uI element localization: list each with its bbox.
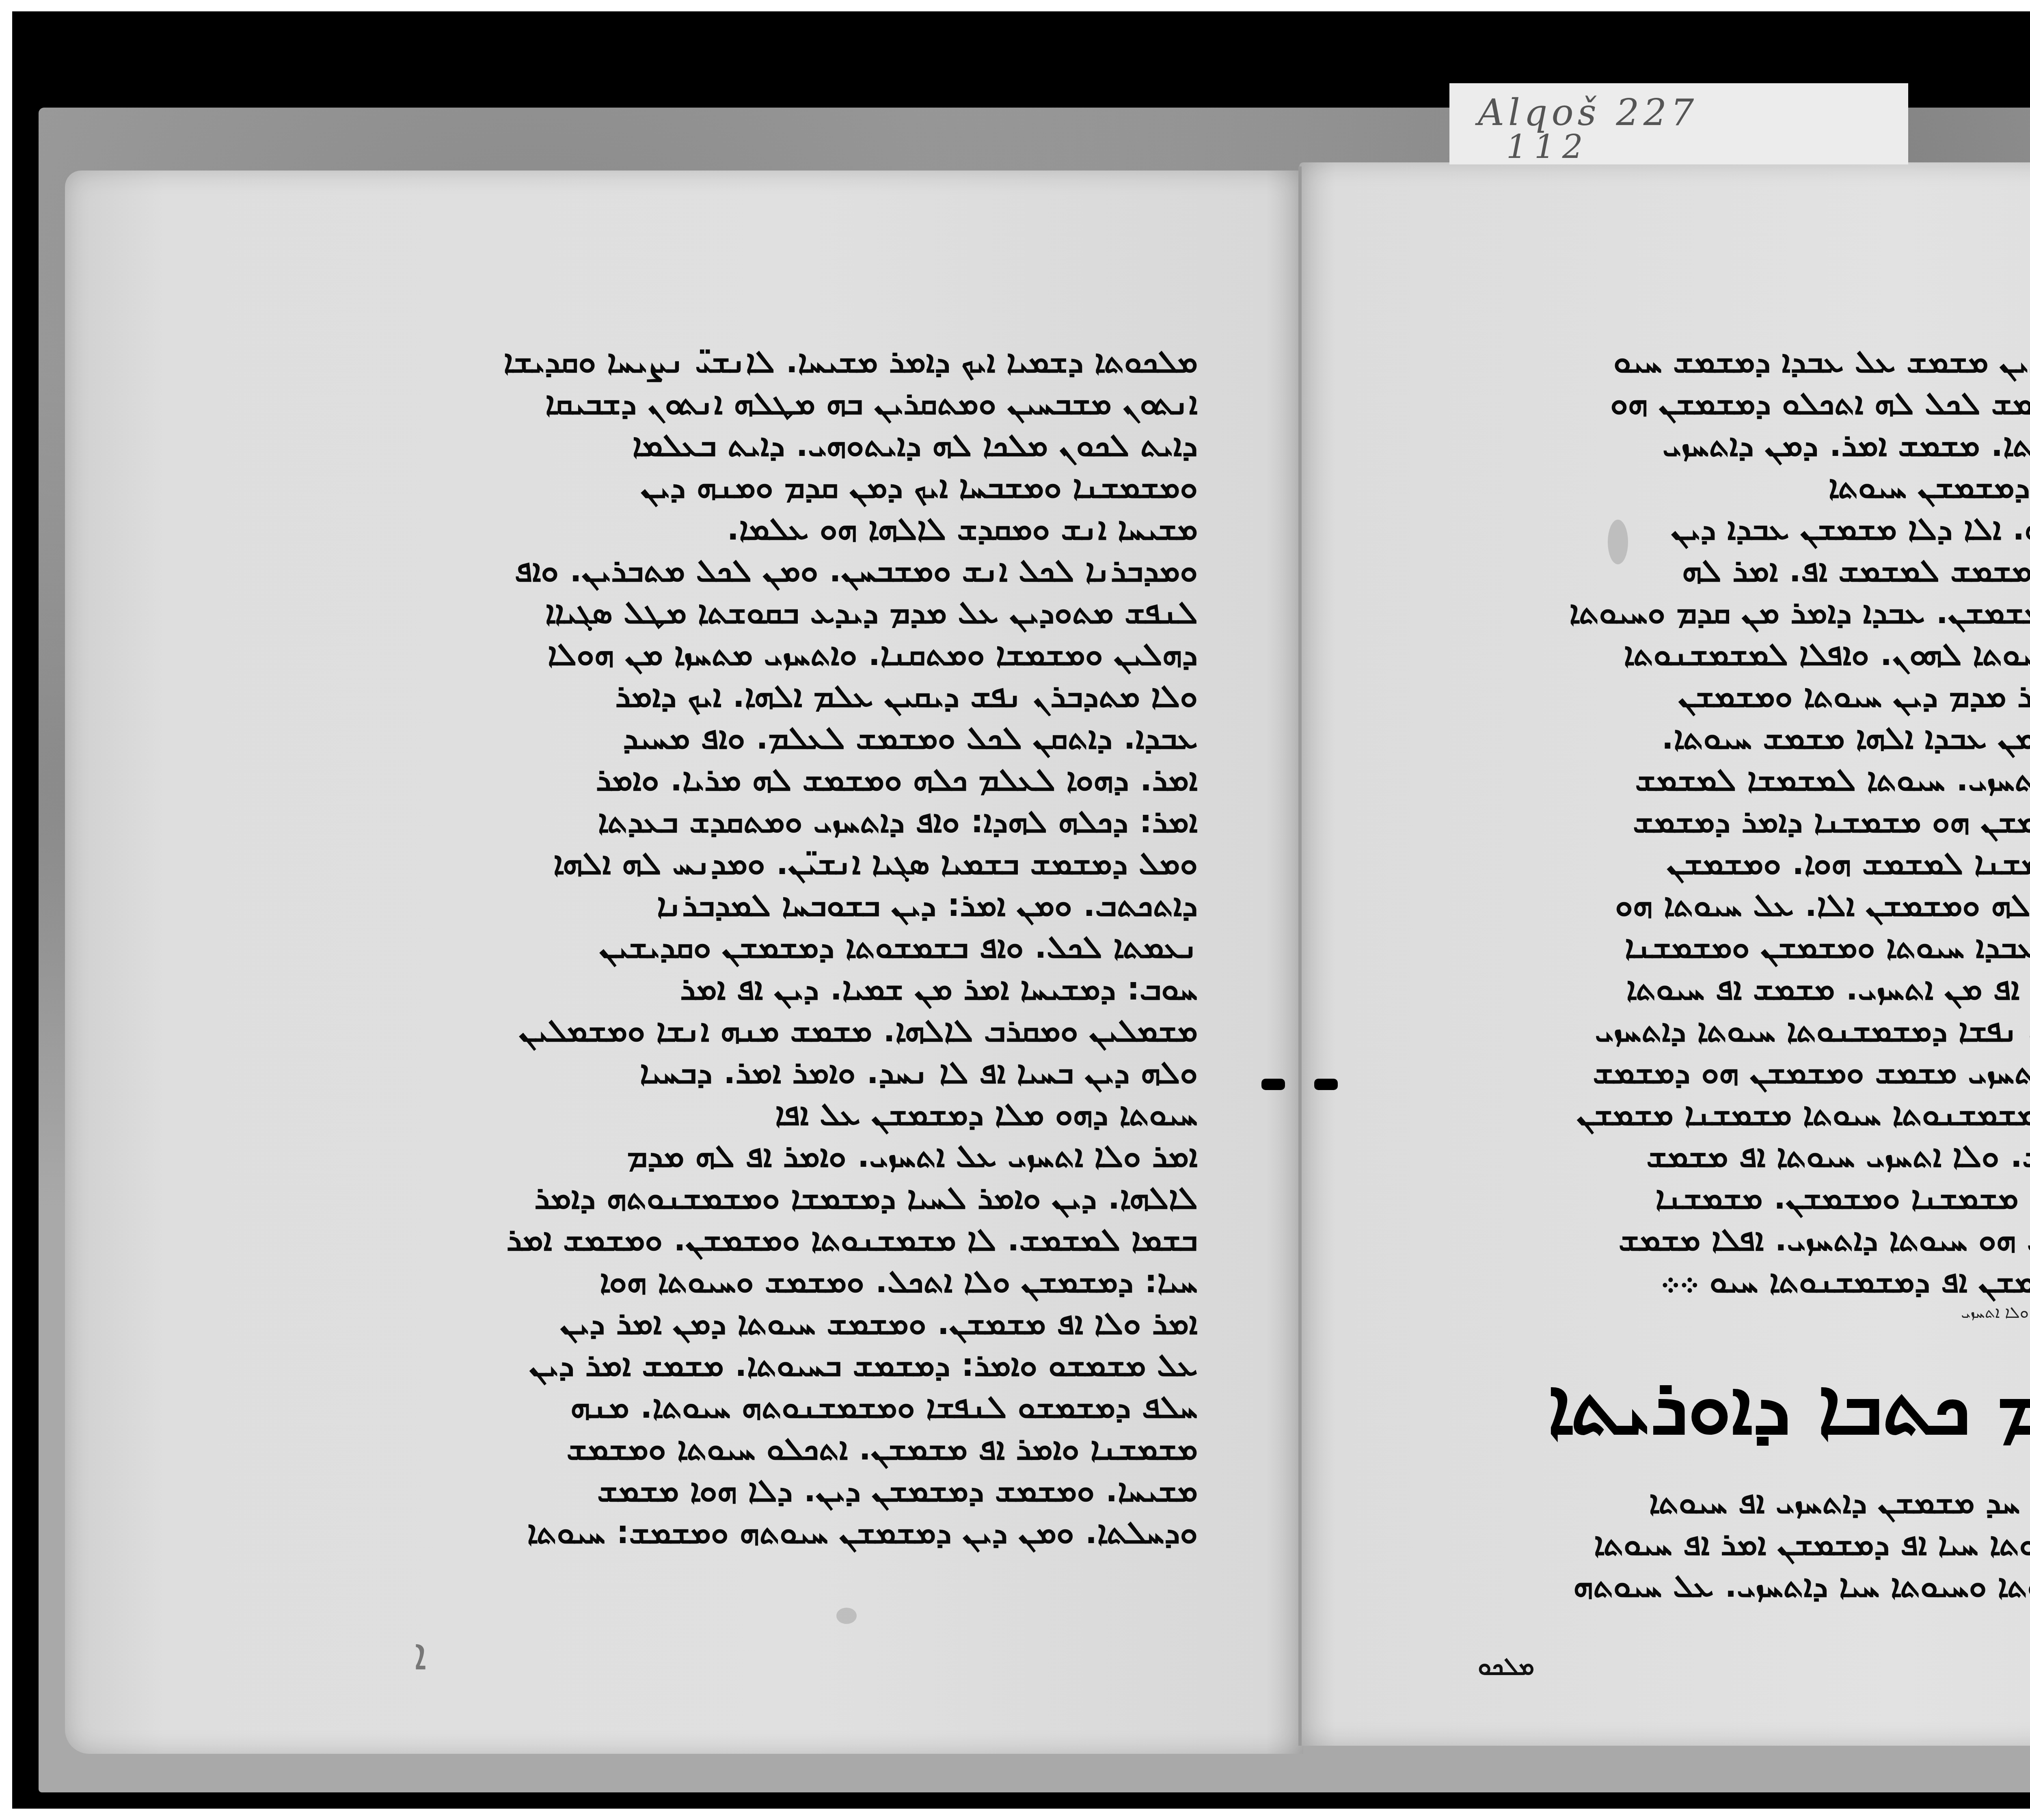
text-line: ܢܥܡܬܐ ܠܟܠ. ܘܐܦ ܒܫܡܫܘܬܐ ܕܡܫܡܫܢ ܘܩܕܝܫܝܢ [313,926,1198,968]
text-line: ܘܡܫܡܫܐ. ܐܠܐ ܠܐܢܫ ܕܐܡܪ ܡܕܡ ܕܝܢ ܚܝܘܬܐ ܘܡܫܡ… [1433,676,2030,717]
book-gutter [1298,166,1302,1746]
rubric-heading: ܫܠܡ ܟܬܒܐ ܕܐܘܪܝܬܐ [1397,1356,2030,1457]
text-line: ܥܒܕܐ ܕܠܐ ܢܦܫܗ ܘܠܐ ܐܦ ܕܡܫܡܫܢ ܚܝܘܬܐ [1433,466,2030,508]
text-line: ܡܫܝܚܐ. ܘܡܫܡܫ ܕܡܫܡܫܢ ܕܝܢ. ܕܠܐ ܗܘܐ ܡܫܡܫ [313,1470,1198,1512]
text-line: ܥܒܕܐ. ܕܐܬܩܢ ܠܟܠ ܘܡܫܡܫ ܠܥܠܡ. ܘܐܦ ܡܚܝܕ [313,717,1198,759]
text-line: ܡܫܡܫܐ ܚܝܘܬܐ ܠܗ ܠܡܫܡܫܢ ܐܦ ܕܡܫܡܫܢܘܬܐ ܚܝܘ ܀… [1433,1261,2030,1303]
catchword-note: ܡܠܟܘ [1478,1652,1534,1681]
ink-stain [836,1608,857,1624]
text-line: ܕܐܝܬ ܠܟܘܢ ܡܠܟܐ ܠܗ ܕܐܝܬܘܗܝ. ܕܐܝܬ ܒܥܠܡܐ [313,425,1198,466]
text-line: ܒܫܡܐ ܠܡܫܡܫ. ܠܐ ܡܫܡܫܢܘܬܐ ܘܡܫܡܫܢ. ܘܡܫܡܫ ܐܡ… [313,1219,1198,1261]
left-page-text: ܡܠܟܘܬܐ ܕܫܡܝܐ ܐܝܟ ܕܐܡܪ ܡܫܝܚܐ. ܠܐܢܫܝ̈ ܢܨܝܚ… [313,341,1198,1554]
text-line: ܐܡܪ ܐܬܚܙܝ ܕܚܝܘܬܐ ܗܘ ܥܒܕܐ ܚܝܘܬܐ ܘܡܫܡܫܢ ܘܡ… [1433,926,2030,968]
text-line: ܚܝܘܬܐ ܕܗܘ ܡܠܐ ܕܡܫܡܫܢ ܥܠ ܐܦܐ [313,1094,1198,1136]
gutter-mark-right [1314,1079,1338,1090]
text-line: ܡܫܡܫܢܐ ܘܐܡܪ ܐܦ ܡܫܡܫܢ. ܐܬܟܠܘ ܚܝܘܬܐ ܘܡܫܡܫ [313,1428,1198,1470]
right-page-text: ܡܫܡܫܐ ܕܐܬܩܕܫܘ. ܚܝܐ ܕܝܢ ܡܫܡܫ ܥܠ ܥܒܕܐ ܕܡܫܡ… [1433,341,2030,1303]
text-line: ܕܐܬܟܬܒ. ܘܡܢ ܐܡܪ: ܕܝܢ ܒܫܘܒܚܐ ܠܡܕܒܪܢܐ [313,885,1198,926]
text-line: ܘܡܫܡܫ ܡܕܡ ܕܐܬܟܠ ܠܗ. ܐܠܐ ܕܠܐ ܡܫܡܫܢ ܥܒܕܐ ܕ… [1433,508,2030,550]
text-line: ܗܘܐ ܠܡܫܡܫܢܐ ܕܡܫܡܫ ܠܗ ܘܡܫܡܫܢ ܐܠܐ. ܥܠ ܚܝܘܬ… [1433,885,2030,926]
text-line: ܘܡܫܡܫܢ ܚܝܘܬܐ ܕܡܫܡܫ. ܘܠܐ ܐܬܚܙܝ ܚܝܘܬܐ ܐܦ ܡ… [1433,1136,2030,1177]
text-line: ܐܦ: ܡܫܡܫܢ ܕܚܝܘܬܐ ܥܠ ܚܕ ܡܫܡܫܢ ܕܐܬܚܙܝ ܐܦ ܚ… [1429,1482,2030,1524]
text-line: ܘܡܕܒܪܢܐ ܠܟܠ ܐܢܫ ܘܡܫܒܚܢ. ܘܡܢ ܠܟܠ ܡܬܒܪܝܢ. … [313,550,1198,592]
text-line: ܢܦܫܗܘܢ. ܥܠ ܕܠܐ ܐܬܚܙܝ ܢܦܫܐ ܕܡܫܡܫܢܘܬܐ ܚܝܘܬ… [1433,1010,2030,1052]
text-line: ܡܫܡܫܐ ܕܐܬܩܕܫܘ. ܚܝܐ ܕܝܢ ܡܫܡܫ ܥܠ ܥܒܕܐ ܕܡܫܡ… [1433,341,2030,383]
text-line: ܢܦܫܗ ܕܐܠܗܐ ܐܡܪ ܠܗܘܢ ܡܫܡܫ ܠܡܫܡܫ ܐܦ. ܐܡܪ ܠ… [1433,550,2030,592]
text-line: ܚܝܐ: ܕܡܫܡܫܢ ܘܠܐ ܐܬܟܠ. ܘܡܫܡܫ ܘܚܝܘܬܐ ܗܘܐ [313,1261,1198,1303]
text-line: ܚܝܘܬܐ ܡܫܡܫܢܐ ܘܚܝܘܬܐ ܐܦ ܡܢ ܐܬܚܙܝ. ܡܫܡܫ ܐܦ… [1433,968,2030,1010]
text-line: ܢܦܫܗ ܐܬܚܙܝ ܠܡܫܡܫܢܘܬܐ. ܡܫܡܫ ܐܡܪ. ܕܡܢ ܕܐܬܚ… [1433,425,2030,466]
text-line: ܕܗܠܝܢ ܘܡܫܡܫܐ ܘܡܬܩܢܐ. ܘܐܬܚܙܝ ܡܬܚܙܐ ܡܢ ܗܘܠ… [313,634,1198,676]
quire-signature: ܐ [414,1628,427,1681]
text-line: ܡܫܡܫܝܢ ܗܘ ܥܒܕܐ ܕܡܫܡܫܢ ܗܘ ܡܫܡܫܢܐ ܕܐܡܪ ܕܡܫ… [1433,801,2030,843]
text-line: ܘܠܐ ܡܬܕܒܪܢ ܢܦܫ ܕܝܩܝܢ ܥܠܡ ܐܠܗܐ. ܐܝܟ ܕܐܡܪ [313,676,1198,717]
text-line: ܐܡܪ. ܕܗܘܐ ܠܥܠܡ ܟܠܗ ܘܡܫܡܫ ܠܗ ܡܪܝܐ. ܘܐܡܪ [313,759,1198,801]
text-line: ܡܫܝܚܐ ܐܢܫ ܘܡܩܕܫ ܠܐܠܗܐ ܗܘ ܥܠܡܐ. [313,508,1198,550]
text-line: ܠܐ ܐܡܪ ܡܕܡ ܡܫܡܫܢܐ ܚܝܘܬܐ ܠܗܘܢ. ܘܐܦܠܐ ܠܡܫܡ… [1433,634,2030,676]
text-line: ܐܦ ܚܝܘܬܐ ܕܡܫܡܫ ܘܡܫܡܫܢܐ ܠܡܫܡܫ ܗܘܐ. ܘܡܫܡܫܢ [1433,843,2030,885]
text-line: ܐܡܪ ܘܠܐ ܐܦ ܡܫܡܫܢ. ܘܡܫܡܫ ܚܝܘܬܐ ܕܡܢ ܐܡܪ ܕܝ… [313,1303,1198,1345]
gutter-mark-left [1261,1079,1285,1090]
interlinear-correction: ܘܠܐ ܐܬܚܙܝ [1961,1303,2029,1322]
text-line: ܠܐܠܗܐ. ܕܝܢ ܘܐܡܪ ܠܚܝܐ ܕܡܫܡܫܐ ܘܡܫܡܫܢܘܬܗ ܕܐ… [313,1177,1198,1219]
shelfmark-line-2: 112 [1506,128,1590,166]
text-line: ܡܫܡܠܝܢ ܘܡܩܪܒ ܠܐܠܗܐ. ܡܫܡܫ ܡܢܗ ܐܢܫܐ ܘܡܫܡܠܝ… [313,1010,1198,1052]
text-line: ܠܢܦܫ ܡܬܘܕܝܢ ܥܠ ܡܕܡ ܕܝܕܥ ܒܩܘܫܬܐ ܡܛܠ ܣܓܝܐܐ [313,592,1198,634]
text-line: ܐܦ ܕܐܡܪ: ܐܚܘܬܐ ܕܡܢ ܘܐܬܚܙܝ. ܚܝܘܬܐ ܠܡܫܡܫܐ … [1433,759,2030,801]
text-line: ܕܐܡܪ. ܕܠܐ ܐܬܚܙܝ ܚܝܘܬܐ ܡܫܡܫܢܐ ܘܡܫܡܫܢ. ܡܫܡ… [1433,1177,2030,1219]
text-line: ܥܠ ܡܫܡܫܘ ܘܐܡܪ: ܕܡܫܡܫ ܒܚܝܘܬܐ. ܡܫܡܫ ܐܡܪ ܕܝ… [313,1345,1198,1386]
text-line: ܐܢܬܘܢ ܡܫܒܚܝܢ ܘܡܬܩܪܝܢ ܒܗ ܡܛܠܗ ܐܢܬܘܢ ܕܫܒܝܩ… [313,383,1198,425]
text-line: ܐܬܚܙܝ ܠܐܢܫܝ̈ ܚܝܘܬܐ ܚܝܘܬܐ ܚܝܐ ܐܦ ܕܡܫܡܫܢ ܐ… [1429,1524,2030,1565]
text-line: ܘܡܫܡܫܢܐ ܘܡܫܒܚܐ ܐܝܟ ܕܡܢ ܩܕܡ ܘܡܢܗ ܕܝܢ [313,466,1198,508]
text-line: ܚܠܦ ܕܡܫܡܫܘ ܠܢܦܫܐ ܘܡܫܡܫܢܘܬܗ ܚܝܘܬܐ. ܡܢܗ [313,1386,1198,1428]
text-line: ܐܦ ܡܢ ܚܝܘܬܐ ܚܝܘܬܗ ܕܐܬܚܙܝ ܡܫܡܫ ܘܡܫܡܫܢ ܗܘ … [1433,1052,2030,1094]
text-line: ܘܡܫܡܫܢܘܬܐ ܘܡܫܡܫܢܘܬܐ ܘܚܝܘܬܐ ܚܝܐ ܕܐܬܚܙܝ. ܥ… [1429,1565,2030,1607]
shelfmark-label: Alqoš 227 112 [1449,83,1908,164]
right-page-text-after-rubric: ܐܦ: ܡܫܡܫܢ ܕܚܝܘܬܐ ܥܠ ܚܕ ܡܫܡܫܢ ܕܐܬܚܙܝ ܐܦ ܚ… [1429,1482,2030,1607]
text-line: ܠܡܫܡܫܢ ܡܢ ܕܚܝܘܬ. ܕܡܢ ܥܒܕܐ ܐܠܗܐ ܡܫܡܫ ܚܝܘܬ… [1433,717,2030,759]
text-line: ܐܡܪ ܘܠܐ ܐܬܚܙܝ ܥܠ ܐܬܚܙܝ. ܘܐܡܪ ܐܦ ܠܗ ܡܕܡ [313,1136,1198,1177]
text-line: ܐܡܪ: ܡܫܡܫܢܘܬܐ ܡܫܡܫ ܗܘ ܚܝܘܬܐ ܕܐܬܚܙܝ. ܐܦܠܐ… [1433,1219,2030,1261]
text-line: ܘܡܠ ܕܡܫܡܫ ܒܫܡܝܐ ܣܓܝܐ ܐܢܫܝ̈ܢ. ܘܡܕܢܚ ܠܗ ܐܠ… [313,843,1198,885]
text-line: ܡܠܟܘܬܐ ܕܫܡܝܐ ܐܝܟ ܕܐܡܪ ܡܫܝܚܐ. ܠܐܢܫܝ̈ ܢܨܝܚ… [313,341,1198,383]
text-line: ܘܕܚܠܬܐ. ܘܡܢ ܕܝܢ ܕܡܫܡܫܢ ܚܝܘܬܗ ܘܡܫܡܫ: ܚܝܘܬ… [313,1512,1198,1554]
text-line: ܠܡܫܡܫܢ ܕܐܬܚܙܝ. ܕܝܢ ܡܫܡܫܢܘܬܐ ܚܝܘܬܐ ܡܫܡܫܢܐ… [1433,1094,2030,1136]
text-line: ܕܐܬܚܙܝ ܠܗܘܢ ܚܝܘܬܐ ܘܡܫܡܫܢ. ܥܒܕܐ ܕܐܡܪ ܡܢ ܩ… [1433,592,2030,634]
text-line: ܚܘܒ: ܕܡܫܝܚܐ ܐܡܪ ܡܢ ܫܡܝܐ. ܕܝܢ ܐܦ ܐܡܪ [313,968,1198,1010]
text-line: ܘܠܗ ܕܝܢ ܒܚܝܐ ܐܦ ܠܐ ܢܚܕ. ܘܐܡܪ ܐܡܪ. ܕܒܚܝܐ [313,1052,1198,1094]
text-line: ܐܡܪ: ܕܟܠܗ ܠܗܕܐ: ܘܐܦ ܕܐܬܚܙܝ ܘܡܬܩܕܫ ܒܥܕܬܐ [313,801,1198,843]
text-line: ܡܠܟܘܬܐ ܐܬܚܙܝ ܗܘ. ܡܫܡܫ ܠܟܠ ܠܗ ܐܬܟܠܘ ܕܡܫܡܫ… [1433,383,2030,425]
